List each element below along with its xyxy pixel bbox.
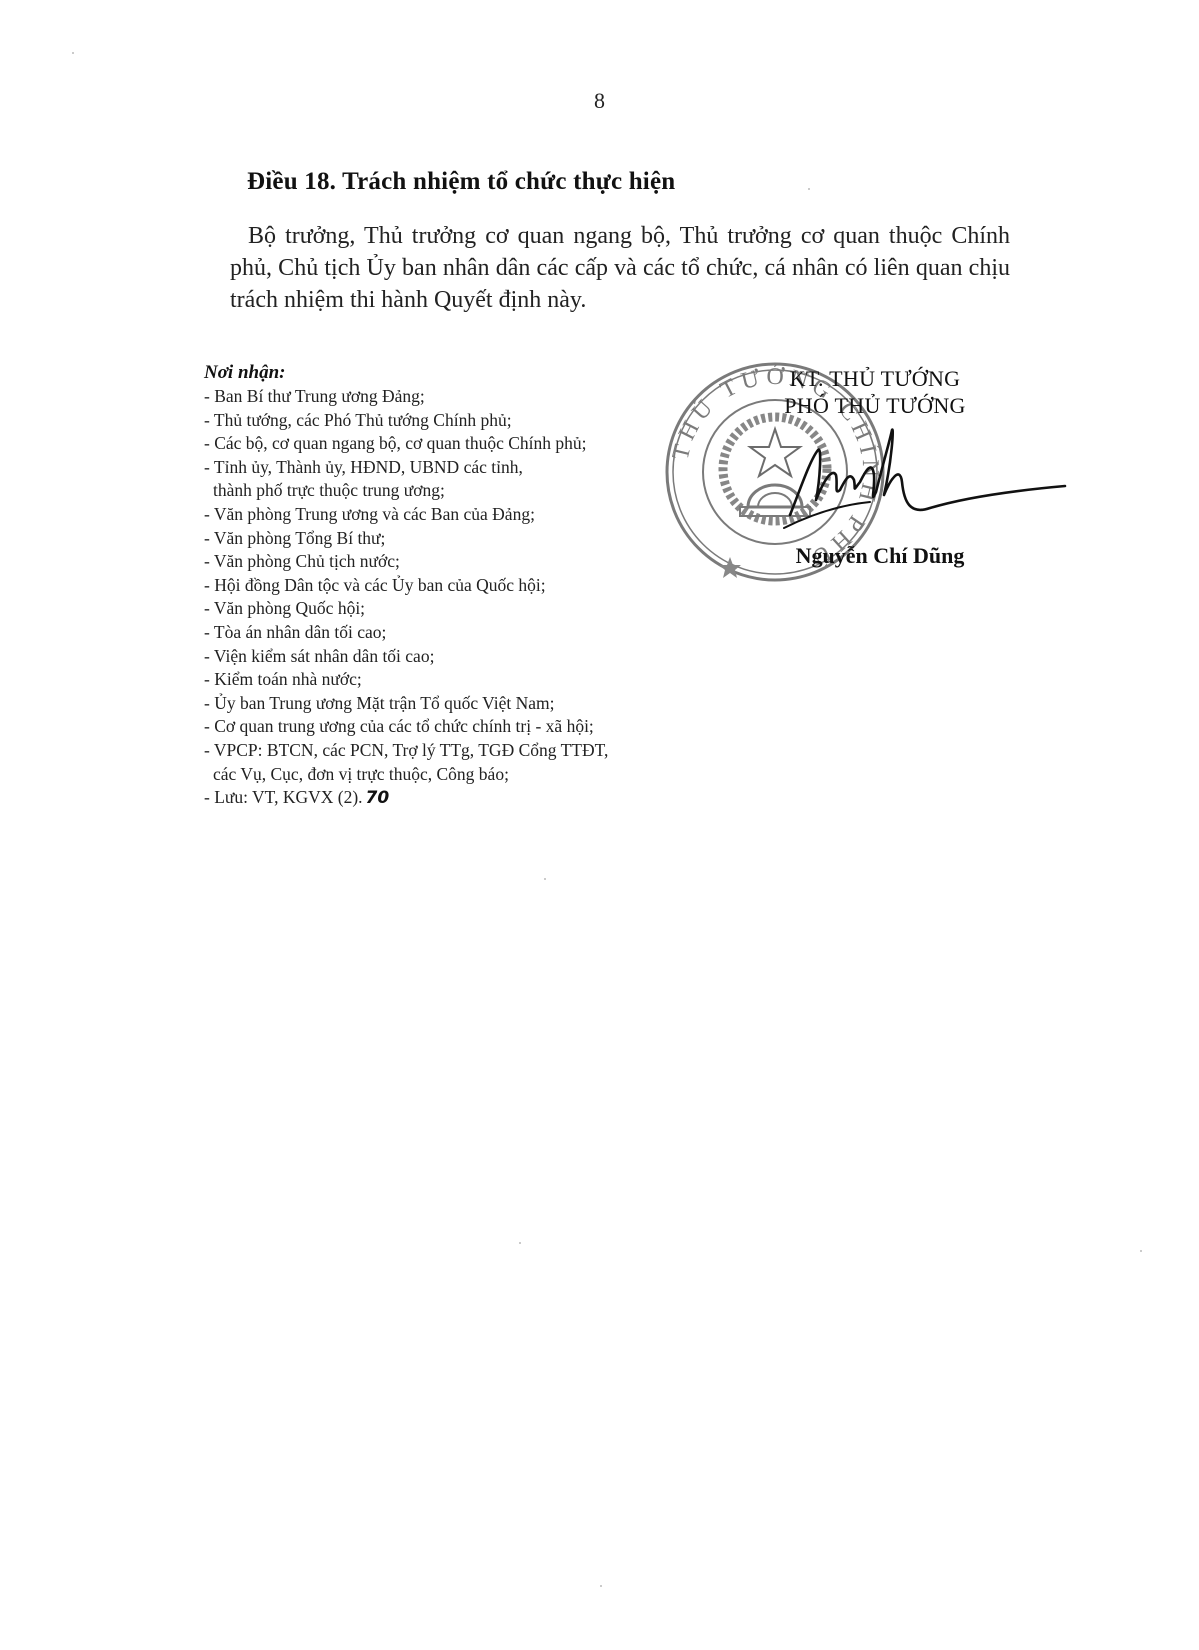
handwritten-count-mark: 70 bbox=[366, 788, 390, 808]
recipient-text-continuation: các Vụ, Cục, đơn vị trực thuộc, Công báo… bbox=[204, 763, 684, 787]
recipients-title: Nơi nhận: bbox=[204, 362, 684, 384]
scan-speck bbox=[72, 52, 74, 54]
recipient-item: - Tỉnh ủy, Thành ủy, HĐND, UBND các tỉnh… bbox=[204, 456, 684, 503]
recipient-text: - Văn phòng Trung ương và các Ban của Đả… bbox=[204, 504, 535, 524]
recipient-item: - Các bộ, cơ quan ngang bộ, cơ quan thuộ… bbox=[204, 432, 684, 456]
recipient-item: - Viện kiểm sát nhân dân tối cao; bbox=[204, 645, 684, 669]
recipient-text: - Cơ quan trung ương của các tổ chức chí… bbox=[204, 716, 594, 736]
recipient-text: - Văn phòng Tổng Bí thư; bbox=[204, 528, 385, 548]
recipient-item: - VPCP: BTCN, các PCN, Trợ lý TTg, TGĐ C… bbox=[204, 739, 684, 786]
scan-speck bbox=[544, 878, 546, 880]
recipient-text: - Tỉnh ủy, Thành ủy, HĐND, UBND các tỉnh… bbox=[204, 457, 523, 477]
recipient-text-continuation: thành phố trực thuộc trung ương; bbox=[204, 479, 684, 503]
recipient-item: - Văn phòng Chủ tịch nước; bbox=[204, 550, 684, 574]
recipient-items: - Ban Bí thư Trung ương Đảng;- Thủ tướng… bbox=[204, 385, 684, 811]
recipient-text: - VPCP: BTCN, các PCN, Trợ lý TTg, TGĐ C… bbox=[204, 740, 608, 760]
signature-title-line2: PHÓ THỦ TƯỚNG bbox=[745, 392, 1005, 419]
recipient-item: - Ủy ban Trung ương Mặt trận Tổ quốc Việ… bbox=[204, 692, 684, 716]
recipient-item: - Thủ tướng, các Phó Thủ tướng Chính phủ… bbox=[204, 409, 684, 433]
recipient-item: - Kiểm toán nhà nước; bbox=[204, 668, 684, 692]
scan-speck bbox=[600, 1585, 602, 1587]
scan-speck bbox=[1140, 1250, 1142, 1252]
recipient-item: - Hội đồng Dân tộc và các Ủy ban của Quố… bbox=[204, 574, 684, 598]
recipient-item: - Cơ quan trung ương của các tổ chức chí… bbox=[204, 715, 684, 739]
recipient-text: - Văn phòng Chủ tịch nước; bbox=[204, 551, 400, 571]
recipient-item: - Tòa án nhân dân tối cao; bbox=[204, 621, 684, 645]
recipients-list: Nơi nhận: - Ban Bí thư Trung ương Đảng;-… bbox=[204, 362, 684, 811]
recipient-text: - Văn phòng Quốc hội; bbox=[204, 598, 365, 618]
recipient-text: - Hội đồng Dân tộc và các Ủy ban của Quố… bbox=[204, 575, 546, 595]
recipient-text: - Ban Bí thư Trung ương Đảng; bbox=[204, 386, 425, 406]
recipient-text: - Tòa án nhân dân tối cao; bbox=[204, 622, 386, 642]
scan-speck bbox=[519, 1242, 521, 1244]
article-title: Điều 18. Trách nhiệm tổ chức thực hiện bbox=[247, 168, 675, 196]
recipient-text: - Kiểm toán nhà nước; bbox=[204, 669, 362, 689]
recipient-item: - Lưu: VT, KGVX (2).70 bbox=[204, 786, 684, 811]
signer-name: Nguyễn Chí Dũng bbox=[760, 543, 1000, 569]
handwritten-signature-icon bbox=[780, 420, 1070, 540]
recipient-text: - Các bộ, cơ quan ngang bộ, cơ quan thuộ… bbox=[204, 433, 587, 453]
article-body-text: Bộ trưởng, Thủ trưởng cơ quan ngang bộ, … bbox=[230, 223, 1010, 313]
recipient-text: - Viện kiểm sát nhân dân tối cao; bbox=[204, 646, 434, 666]
recipient-text: - Ủy ban Trung ương Mặt trận Tổ quốc Việ… bbox=[204, 693, 555, 713]
page-number: 8 bbox=[0, 88, 1199, 114]
signature-block: KT. THỦ TƯỚNG PHÓ THỦ TƯỚNG bbox=[745, 365, 1005, 419]
signature-title-line1: KT. THỦ TƯỚNG bbox=[745, 365, 1005, 392]
recipient-text: - Thủ tướng, các Phó Thủ tướng Chính phủ… bbox=[204, 410, 512, 430]
recipient-item: - Văn phòng Tổng Bí thư; bbox=[204, 527, 684, 551]
recipient-item: - Văn phòng Trung ương và các Ban của Đả… bbox=[204, 503, 684, 527]
scan-speck bbox=[808, 188, 810, 190]
article-body: Bộ trưởng, Thủ trưởng cơ quan ngang bộ, … bbox=[230, 220, 1010, 316]
recipient-text: - Lưu: VT, KGVX (2). bbox=[204, 787, 363, 807]
recipient-item: - Văn phòng Quốc hội; bbox=[204, 597, 684, 621]
recipient-item: - Ban Bí thư Trung ương Đảng; bbox=[204, 385, 684, 409]
